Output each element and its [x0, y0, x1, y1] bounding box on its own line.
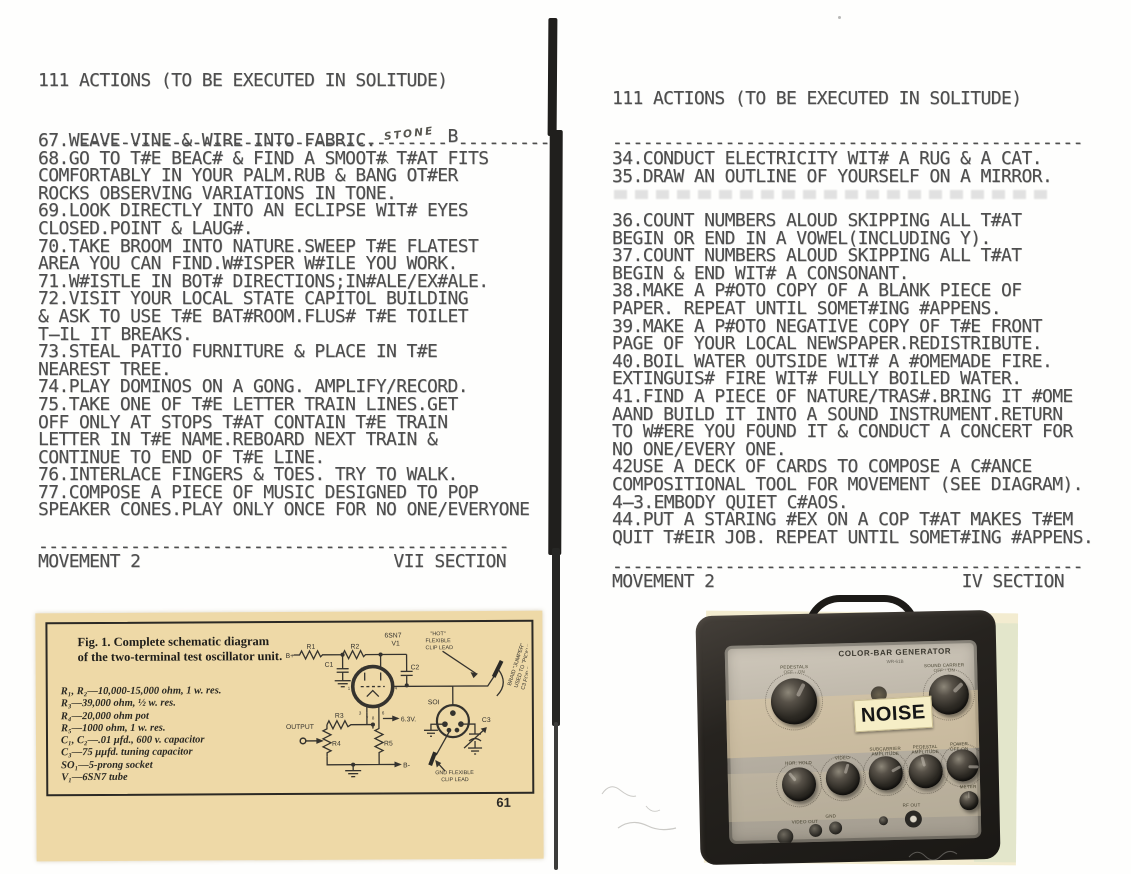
binding-gutter	[548, 18, 558, 136]
movement-label: MOVEMENT 2	[612, 573, 714, 591]
svg-text:CLIP LEAD: CLIP LEAD	[441, 777, 469, 783]
movement-label: MOVEMENT 2	[38, 553, 140, 571]
knob-label: PEDESTAL AMPLITUDE	[904, 744, 946, 755]
page-title: 111 ACTIONS (TO BE EXECUTED IN SOLITUDE)	[612, 90, 1082, 108]
output-label: OUTPUT	[286, 724, 314, 731]
r2-label: R2	[351, 644, 360, 651]
panel-knob	[946, 749, 979, 782]
right-page: 111 ACTIONS (TO BE EXECUTED IN SOLITUDE)…	[612, 90, 1082, 108]
knob-label: SUBCARRIER AMPLITUDE	[863, 746, 907, 757]
left-page: 111 ACTIONS (TO BE EXECUTED IN SOLITUDE)…	[38, 72, 548, 90]
typed-body: 34.CONDUCT ELECTRICITY WIT# A RUG & A CA…	[612, 150, 1052, 185]
svg-text:CLIP LEAD: CLIP LEAD	[426, 645, 454, 651]
binding-gutter	[548, 130, 562, 555]
pedestals-knob	[770, 678, 817, 725]
knob-pointer	[796, 683, 806, 697]
knob-pointer	[953, 682, 964, 693]
meter-label: METER	[954, 784, 981, 790]
section-label: VII SECTION	[393, 553, 506, 571]
knob-label: HOR. HOLD	[776, 760, 820, 766]
sound-carrier-knob	[928, 674, 969, 715]
svg-text:1: 1	[348, 686, 351, 691]
page-footer: MOVEMENT 2 IV SECTION	[612, 573, 1064, 591]
typed-line: 75.TAKE ONE OF T#E LETTER TRAIN LINES.GE…	[38, 396, 529, 414]
schematic-wires	[294, 650, 504, 777]
typed-line: 67.WEAVE VINE & WIRE INTO FABRIC.	[38, 132, 529, 150]
typed-line: QUIT T#EIR JOB. REPEAT UNTIL SOMET#ING #…	[612, 529, 1093, 547]
c3-label: C3	[482, 717, 491, 724]
r5-label: R5	[384, 740, 393, 747]
panel-jack-small	[879, 816, 888, 825]
b-plus-label: B+	[286, 653, 295, 660]
panel-knob	[825, 761, 860, 796]
c1-label: C1	[325, 662, 334, 669]
pencil-squiggle	[905, 845, 965, 865]
r1-label: R1	[307, 644, 316, 651]
r4-label: R4	[332, 741, 341, 748]
sound-carrier-label: SOUND CARRIER OFF · ON	[915, 662, 973, 673]
typed-line: 41.FIND A PIECE OF NATURE/TRAS#.BRING IT…	[612, 388, 1093, 406]
meter-knob	[959, 791, 978, 810]
video-out-label: VIDEO OUT	[785, 819, 825, 825]
typed-line: PAPER. REPEAT UNTIL SOMET#ING #APPENS.	[612, 300, 1093, 318]
typed-line: 36.COUNT NUMBERS ALOUD SKIPPING ALL T#AT	[612, 212, 1093, 230]
panel-knob	[908, 754, 943, 789]
binding-gutter	[552, 548, 560, 726]
typed-line: & ASK TO USE T#E BAT#ROOM.FLUS# T#E TOIL…	[38, 308, 529, 326]
handwritten-caret: ^	[382, 158, 389, 172]
typed-body: 36.COUNT NUMBERS ALOUD SKIPPING ALL T#AT…	[612, 212, 1093, 546]
knob-pointer	[843, 764, 849, 775]
braid-jumper-label: BRAID "JUMPER" USED TO "PICKUP" C3 FOR T…	[507, 638, 528, 691]
svg-text:6: 6	[382, 711, 385, 716]
panel-knob	[868, 756, 903, 791]
svg-text:3: 3	[359, 711, 362, 716]
panel-knob	[782, 767, 817, 802]
c2-label: C2	[411, 664, 420, 671]
typed-line: SPEAKER CONES.PLAY ONLY ONCE FOR NO ONE/…	[38, 501, 529, 519]
page-title: 111 ACTIONS (TO BE EXECUTED IN SOLITUDE)	[38, 72, 548, 90]
pencil-smudge	[588, 758, 708, 853]
svg-text:8: 8	[372, 716, 375, 721]
tube-label: 6SN7	[384, 632, 401, 639]
magazine-page-number: 61	[496, 795, 511, 810]
knob-pointer	[968, 792, 970, 798]
knob-pointer	[920, 757, 926, 768]
pedestals-label: PEDESTALS OFF · ON	[763, 664, 825, 676]
svg-text:FLEXIBLE: FLEXIBLE	[425, 638, 451, 644]
parts-list: R₁, R₂—10,000-15,000 ohm, 1 w. res. R₃—3…	[61, 685, 302, 785]
tube-v1-label: V1	[392, 640, 401, 647]
typed-body: 67.WEAVE VINE & WIRE INTO FABRIC. 68.GO …	[38, 132, 529, 519]
svg-text:7: 7	[366, 716, 369, 721]
typed-line: CLOSED.POINT & LAUG#.	[38, 220, 529, 238]
scan-speck	[838, 16, 841, 19]
video-out-jack	[777, 828, 793, 844]
knob-label: VIDEO	[820, 755, 864, 761]
noise-sticker-text: NOISE	[860, 701, 926, 728]
schematic-clipping: Fig. 1. Complete schematic diagram of th…	[35, 611, 543, 862]
noise-sticker: NOISE	[853, 696, 933, 733]
oscillator-schematic-drawing: B+ R1 R2 C1 6SN7 V1 C2 SOI C3 R3 R4 R5 O…	[284, 624, 528, 787]
gnd-lead-label: GND FLEXIBLE	[435, 770, 474, 776]
gnd-jack	[829, 821, 842, 834]
b-minus-label: B-	[403, 762, 410, 769]
so1-label: SOI	[428, 699, 440, 706]
rf-out-jack	[905, 810, 922, 827]
r3-label: R3	[335, 713, 344, 720]
clip-lead-labels: "HOT" FLEXIBLE CLIP LEAD GND FLEXIBLE CL…	[425, 631, 528, 784]
page-footer: MOVEMENT 2 VII SECTION	[38, 553, 506, 571]
rf-out-label: RF OUT	[897, 802, 927, 808]
device-front-panel: COLOR-BAR GENERATOR WR-61B PEDESTALS OFF…	[725, 640, 982, 844]
panel-jack	[809, 824, 822, 837]
binding-gutter	[554, 722, 558, 870]
typed-line: 35.DRAW AN OUTLINE OF YOURSELF ON A MIRR…	[612, 168, 1052, 186]
erased-line	[614, 190, 1054, 199]
section-label: IV SECTION	[962, 573, 1064, 591]
knob-pointer	[969, 766, 979, 769]
knob-pointer	[891, 766, 901, 774]
part-item: V₁—6SN7 tube	[61, 771, 301, 785]
knob-pointer	[788, 772, 797, 782]
hot-lead-label: "HOT"	[430, 631, 445, 637]
typed-line: 34.CONDUCT ELECTRICITY WIT# A RUG & A CA…	[612, 150, 1052, 168]
typed-line: COMPOSITIONAL TOOL FOR MOVEMENT (SEE DIA…	[612, 476, 1093, 494]
schematic-frame: Fig. 1. Complete schematic diagram of th…	[45, 620, 534, 797]
heater-voltage-label: 6.3V.	[401, 716, 416, 723]
gnd-label: GND	[819, 813, 843, 819]
